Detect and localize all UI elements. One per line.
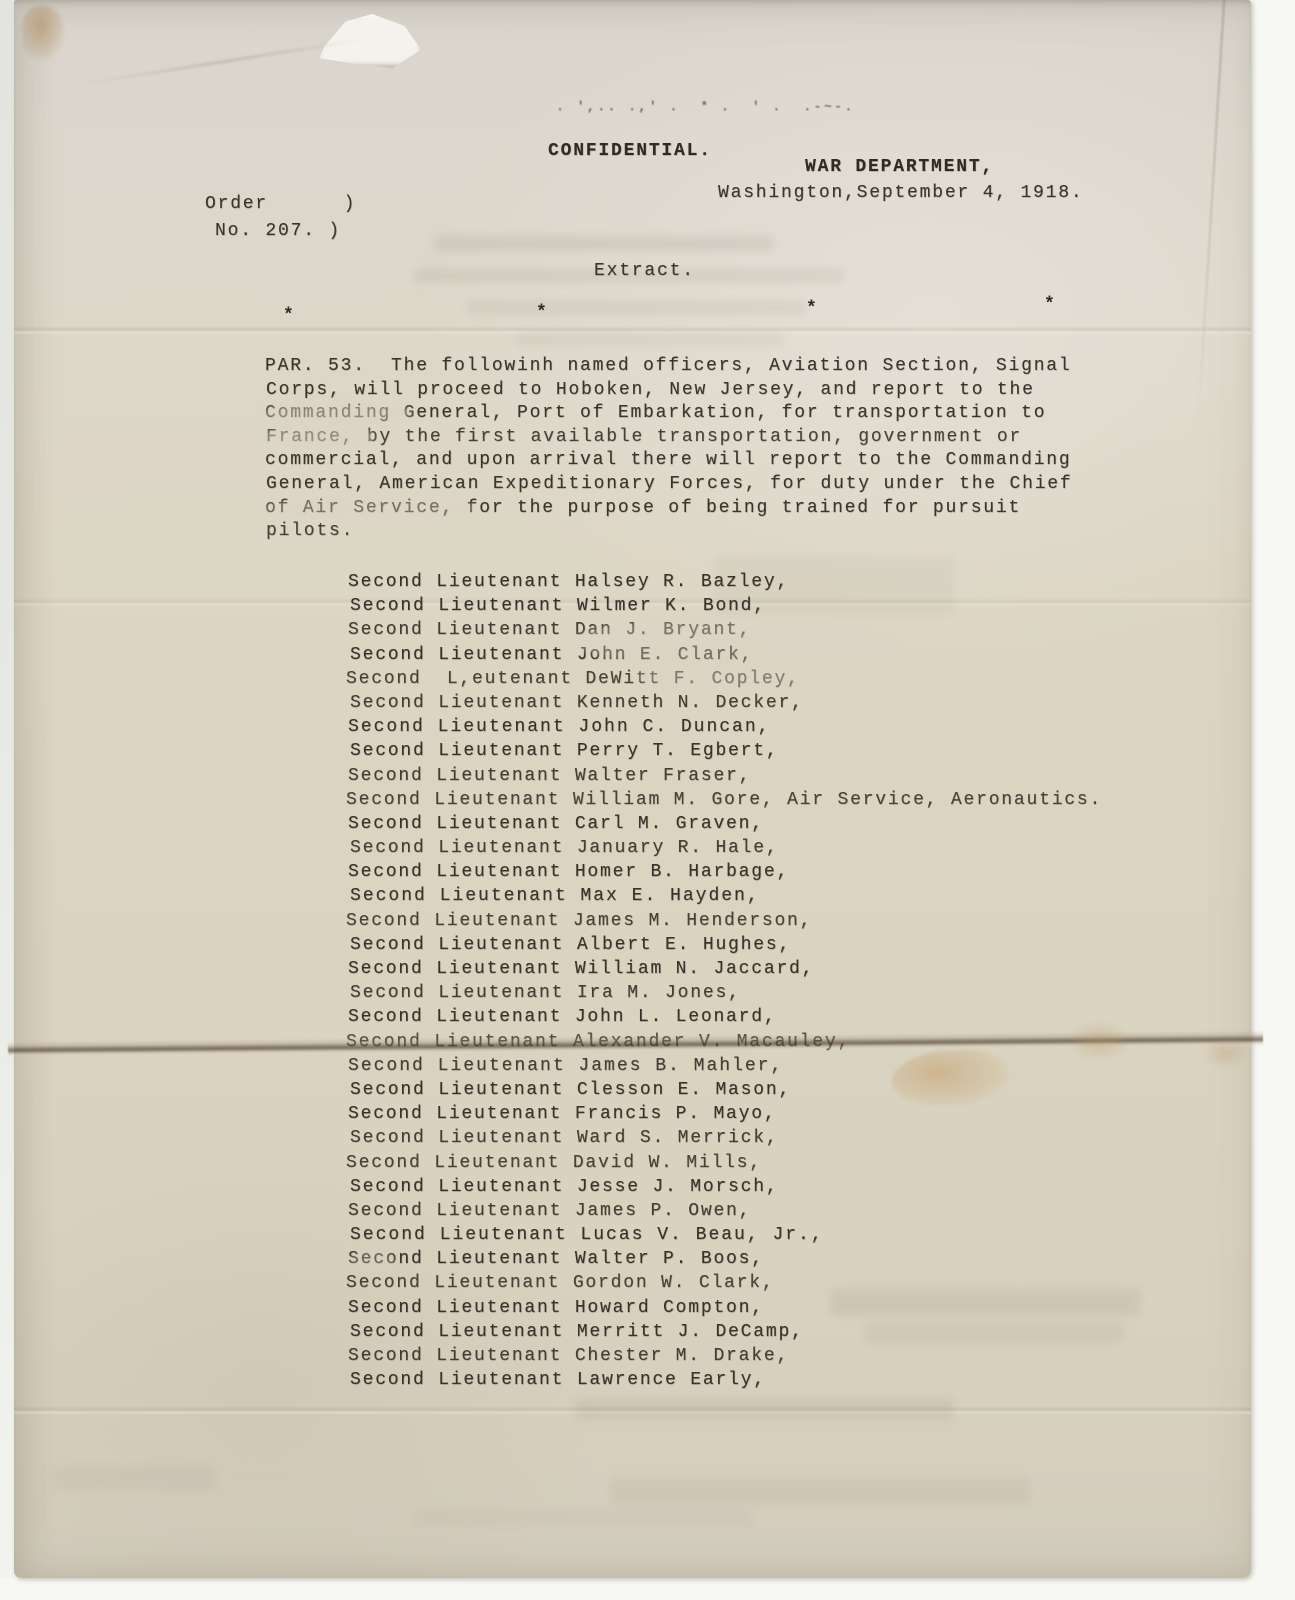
roster-line: Second Lieutenant Wilmer K. Bond, [350, 596, 1140, 620]
roster-line: Second Lieutenant Max E. Hayden, [350, 886, 1140, 910]
roster-line: Second Lieutenant John L. Leonard, [348, 1007, 1138, 1031]
fold-shadow [76, 37, 373, 87]
roster-line: Second Lieutenant Chester M. Drake, [348, 1346, 1138, 1370]
officer-roster: Second Lieutenant Halsey R. Bazley,Secon… [348, 572, 1138, 1394]
ink-fade-patch [634, 666, 884, 688]
classification-heading: CONFIDENTIAL. [548, 140, 712, 162]
separator-asterisk: * [806, 299, 817, 319]
roster-line: Second Lieutenant January R. Hale, [350, 838, 1140, 862]
bleedthrough-smudge [574, 1398, 954, 1420]
roster-line: Second Lieutenant Kenneth N. Decker, [350, 693, 1140, 717]
roster-line: Second Lieutenant Howard Compton, [348, 1298, 1138, 1322]
ink-fade-patch [262, 426, 374, 448]
bleedthrough-smudge [514, 332, 784, 346]
fold-crease-diagonal [1197, 0, 1226, 422]
roster-line: Second Lieutenant Merritt J. DeCamp, [350, 1322, 1140, 1346]
scanned-document: . ',.. .,' . * . ' . .-~-. CONFIDENTIAL.… [0, 0, 1295, 1600]
roster-line: Second Lieutenant Francis P. Mayo, [348, 1104, 1138, 1128]
roster-line: Second Lieutenant Jesse J. Morsch, [350, 1177, 1140, 1201]
scanner-edge-right [1251, 0, 1295, 1600]
order-label: Order ) [205, 193, 356, 215]
paragraph-line: General, American Expeditionary Forces, … [266, 474, 1106, 498]
roster-line: Second Lieutenant Carl M. Graven, [348, 814, 1138, 838]
department-line: WAR DEPARTMENT, [805, 156, 994, 178]
illegible-stamp: . ',.. .,' . * . ' . .-~-. [556, 96, 855, 118]
scanner-edge-bottom [0, 1578, 1295, 1600]
bleedthrough-smudge [466, 300, 806, 315]
roster-line: Second Lieutenant Homer B. Harbage, [348, 862, 1138, 886]
bleedthrough-smudge [434, 236, 774, 251]
ink-fade-patch [262, 497, 477, 519]
roster-line: Second Lieutenant Gordon W. Clark, [346, 1273, 1136, 1297]
roster-line: Second Lieutenant Walter Fraser, [348, 766, 1138, 790]
paragraph-line: pilots. [266, 521, 1106, 545]
bleedthrough-smudge [54, 1466, 214, 1490]
roster-line: Second Lieutenant Perry T. Egbert, [350, 741, 1140, 765]
roster-line: Second Lieutenant Walter P. Boos, [348, 1249, 1138, 1273]
roster-line: Second Lieutenant Lucas V. Beau, Jr., [350, 1225, 1140, 1249]
roster-line: Second Lieutenant William N. Jaccard, [348, 959, 1138, 983]
paper-tear [319, 14, 421, 68]
ink-fade-patch [574, 618, 904, 666]
roster-line: Second Lieutenant James P. Owen, [348, 1201, 1138, 1225]
paragraph-line: Corps, will proceed to Hoboken, New Jers… [266, 380, 1106, 404]
separator-asterisk: * [536, 303, 547, 323]
stain-top-left [22, 6, 64, 60]
paragraph-line: PAR. 53. The followinh named officers, A… [265, 356, 1105, 380]
paper-sheet: . ',.. .,' . * . ' . .-~-. CONFIDENTIAL.… [14, 0, 1251, 1578]
paragraph-line: France, by the first available transport… [266, 427, 1106, 451]
stain-right-edge [1204, 1038, 1248, 1068]
scanner-edge-left [0, 0, 14, 1600]
ink-fade-patch [348, 1250, 396, 1272]
roster-line: Second Lieutenant Clesson E. Mason, [350, 1080, 1140, 1104]
roster-line: Second Lieutenant Ward S. Merrick, [350, 1128, 1140, 1152]
stain-right-crease [1070, 1022, 1128, 1060]
roster-line: Second Lieutenant John C. Duncan, [348, 717, 1138, 741]
roster-line: Second Lieutenant David W. Mills, [346, 1153, 1136, 1177]
roster-line: Second Lieutenant Lawrence Early, [350, 1370, 1140, 1394]
roster-line: Second Lieutenant Ira M. Jones, [350, 983, 1140, 1007]
roster-line: Second Lieutenant James B. Mahler, [348, 1056, 1138, 1080]
separator-asterisk: * [1044, 295, 1055, 315]
extract-heading: Extract. [594, 260, 695, 282]
paragraph-line: commercial, and upon arrival there will … [265, 450, 1105, 474]
roster-line: Second Lieutenant James M. Henderson, [346, 911, 1136, 935]
roster-line: Second Lieutenant Halsey R. Bazley, [348, 572, 1138, 596]
roster-line: Second Lieutenant Albert E. Hughes, [350, 935, 1140, 959]
ink-fade-patch [262, 402, 412, 424]
separator-asterisk: * [283, 306, 294, 326]
bleedthrough-smudge [610, 1478, 1030, 1504]
bleedthrough-smudge [414, 1508, 754, 1528]
dateline: Washington,September 4, 1918. [718, 182, 1083, 204]
roster-line: Second Lieutenant William M. Gore, Air S… [346, 790, 1136, 814]
order-number: No. 207. ) [215, 220, 341, 242]
